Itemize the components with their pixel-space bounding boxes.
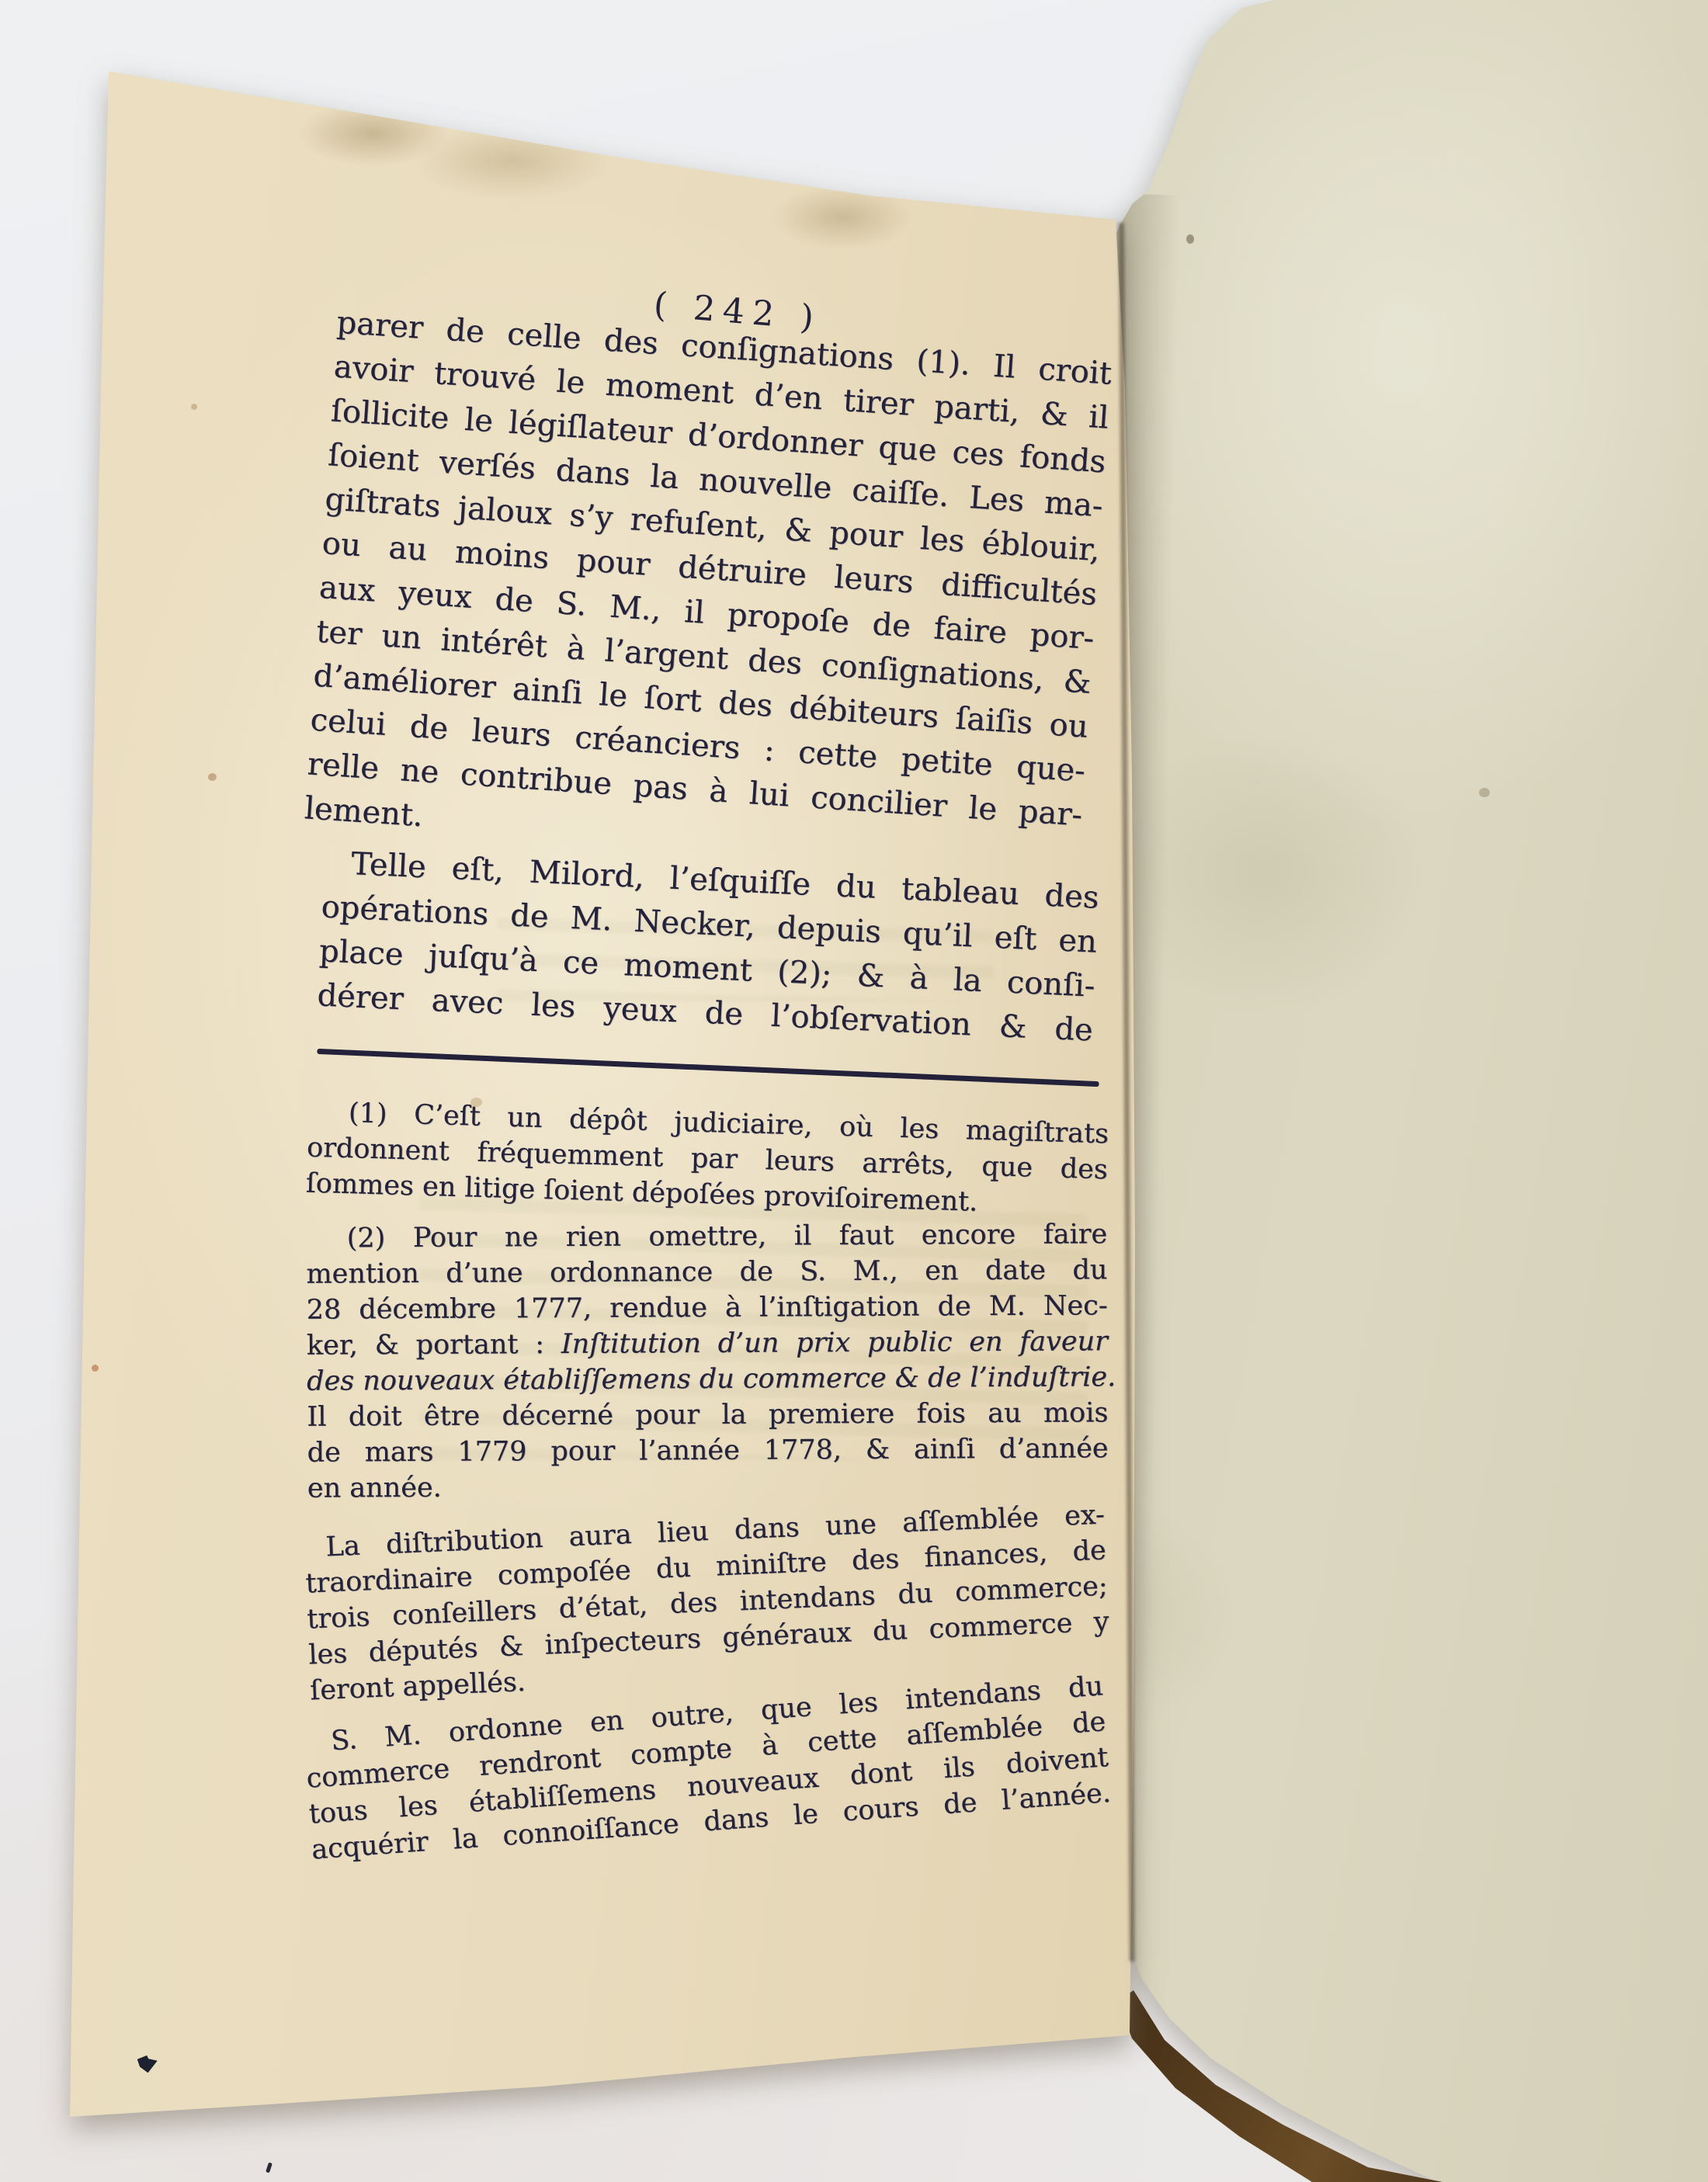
footnote: (1) C’eſt un dépôt judiciaire, où les ma… bbox=[305, 1094, 1109, 1224]
body-paragraph: parer de celle des conſignations (1). Il… bbox=[303, 301, 1113, 883]
text-line: en année. bbox=[307, 1466, 1109, 1506]
body-paragraph: Telle eſt, Milord, l’eſquiſſe du tableau… bbox=[316, 841, 1099, 1053]
text-line: mention d’une ordonnance de S. M., en da… bbox=[306, 1252, 1107, 1292]
page-text: ( 242 ) parer de celle des conſignations… bbox=[0, 0, 1708, 2182]
text-line: Il doit être décerné pour la premiere fo… bbox=[307, 1395, 1108, 1434]
footnote: (2) Pour ne rien omettre, il faut encore… bbox=[306, 1216, 1109, 1506]
text-line: des nouveaux établiſſemens du commerce &… bbox=[307, 1359, 1108, 1399]
text-line: (2) Pour ne rien omettre, il faut encore… bbox=[306, 1216, 1107, 1256]
text-line: de mars 1779 pour l’année 1778, & ainſi … bbox=[307, 1431, 1108, 1470]
text-line: ker, & portant : Inſtitution d’un prix p… bbox=[307, 1323, 1108, 1363]
text-line: 28 décembre 1777, rendue à l’inſtigation… bbox=[307, 1288, 1108, 1327]
photo-scene: ( 242 ) parer de celle des conſignations… bbox=[0, 0, 1708, 2182]
footnote-separator bbox=[317, 1049, 1099, 1087]
